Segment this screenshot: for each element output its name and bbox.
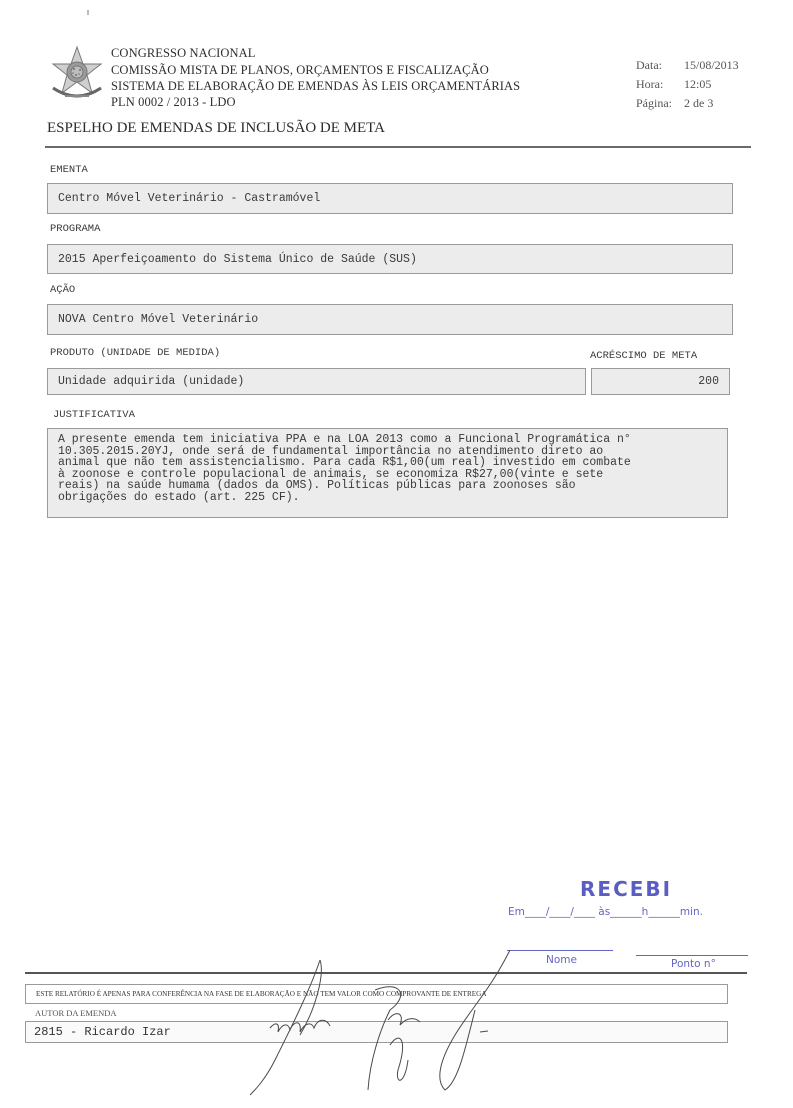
- stamp-point-label: Ponto n°: [671, 958, 716, 970]
- footer-divider: [25, 972, 747, 974]
- produto-field: Unidade adquirida (unidade): [47, 368, 586, 395]
- footer-notice: ESTE RELATÓRIO É APENAS PARA CONFERÊNCIA…: [25, 984, 728, 1004]
- header-line-pln: PLN 0002 / 2013 - LDO: [111, 95, 236, 110]
- justificativa-label: JUSTIFICATIVA: [53, 409, 135, 421]
- stamp-name-label: Nome: [546, 954, 577, 966]
- autor-field: 2815 - Ricardo Izar: [25, 1021, 728, 1043]
- stamp-name-line: [507, 950, 613, 951]
- page-label: Página:: [636, 96, 672, 111]
- stamp-point-line: [636, 955, 748, 956]
- header-line-congress: CONGRESSO NACIONAL: [111, 46, 256, 61]
- ementa-label: EMENTA: [50, 164, 88, 176]
- acrescimo-label: ACRÉSCIMO DE META: [590, 350, 697, 362]
- produto-label: PRODUTO (UNIDADE DE MEDIDA): [50, 347, 220, 359]
- page-value: 2 de 3: [684, 96, 713, 111]
- acrescimo-field: 200: [591, 368, 730, 395]
- date-value: 15/08/2013: [684, 58, 739, 73]
- stamp-date-line: Em____/____/____ às______h______min.: [508, 906, 703, 918]
- header-line-commission: COMISSÃO MISTA DE PLANOS, ORÇAMENTOS E F…: [111, 63, 489, 78]
- header-line-system: SISTEMA DE ELABORAÇÃO DE EMENDAS ÀS LEIS…: [111, 79, 520, 94]
- scan-speck: [87, 10, 89, 15]
- justificativa-field: A presente emenda tem iniciativa PPA e n…: [47, 428, 728, 518]
- title-divider: [45, 146, 751, 148]
- autor-label: AUTOR DA EMENDA: [35, 1008, 117, 1018]
- date-label: Data:: [636, 58, 662, 73]
- brazil-coat-of-arms-icon: [47, 44, 107, 104]
- acao-label: AÇÃO: [50, 284, 75, 296]
- document-title: ESPELHO DE EMENDAS DE INCLUSÃO DE META: [47, 120, 385, 137]
- stamp-title: RECEBI: [580, 877, 672, 901]
- ementa-field: Centro Móvel Veterinário - Castramóvel: [47, 183, 733, 214]
- time-label: Hora:: [636, 77, 663, 92]
- programa-label: PROGRAMA: [50, 223, 100, 235]
- acao-field: NOVA Centro Móvel Veterinário: [47, 304, 733, 335]
- programa-field: 2015 Aperfeiçoamento do Sistema Único de…: [47, 244, 733, 274]
- time-value: 12:05: [684, 77, 711, 92]
